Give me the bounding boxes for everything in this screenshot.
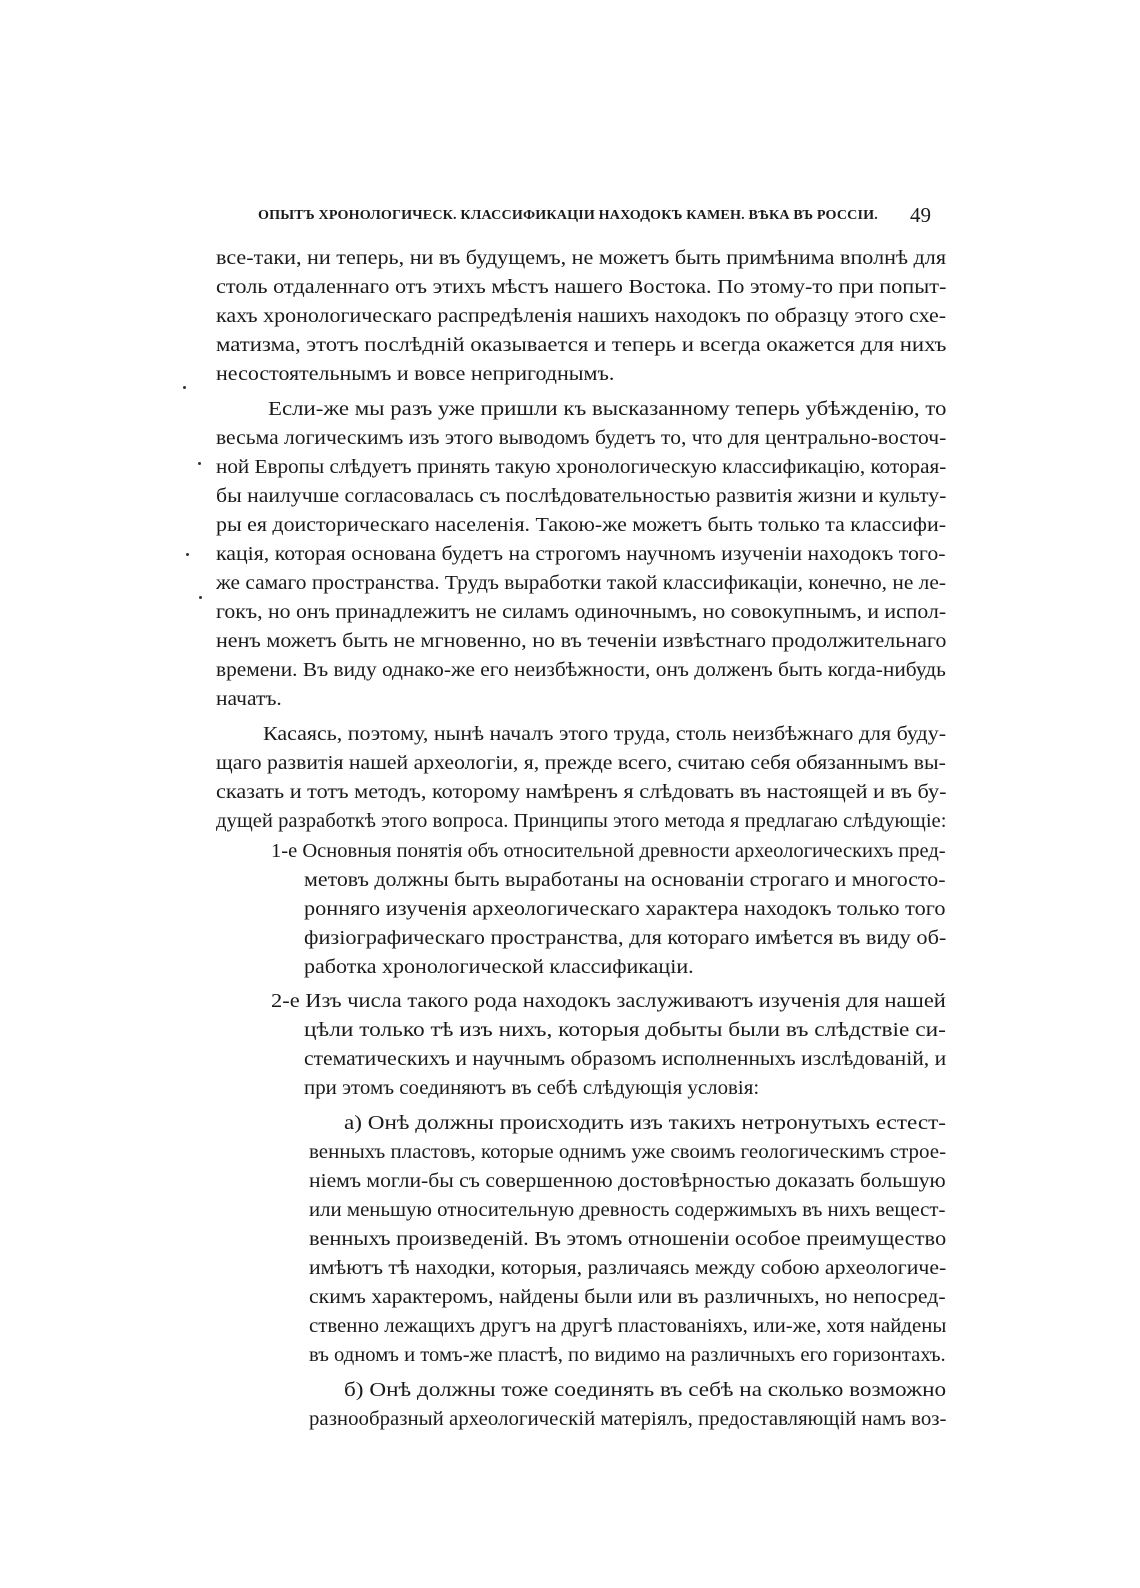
text-line: стематическихъ и научнымъ образомъ испол… xyxy=(304,1046,946,1073)
text-line: цѣли только тѣ изъ нихъ, которыя добыты … xyxy=(304,1017,946,1044)
text-line: Касаясь, поэтому, нынѣ началъ этого труд… xyxy=(263,721,946,748)
text-line: бы наилучше согласовалась съ послѣдовате… xyxy=(216,483,946,510)
text-line: весьма логическимъ изъ этого выводомъ бу… xyxy=(216,425,946,452)
text-line: ніемъ могли-бы съ совершенною достовѣрно… xyxy=(309,1168,946,1195)
text-line: дущей разработкѣ этого вопроса. Принципы… xyxy=(216,808,946,835)
text-line: столь отдаленнаго отъ этихъ мѣстъ нашего… xyxy=(216,274,946,301)
text-line: гокъ, но онъ принадлежитъ не силамъ один… xyxy=(216,599,946,626)
page-number: 49 xyxy=(910,203,931,228)
text-line: скимъ характеромъ, найдены были или въ р… xyxy=(309,1284,946,1311)
margin-mark xyxy=(198,462,201,465)
text-line: б) Онѣ должны тоже соединять въ себѣ на … xyxy=(344,1377,946,1404)
running-title: ОПЫТЪ ХРОНОЛОГИЧЕСК. КЛАССИФИКАЦІИ НАХОД… xyxy=(258,207,878,223)
text-line: Если-же мы разъ уже пришли къ высказанно… xyxy=(268,396,946,423)
text-line: времени. Въ виду однако-же его неизбѣжно… xyxy=(216,657,946,684)
text-line: несостоятельнымъ и вовсе непригоднымъ. xyxy=(216,361,614,388)
text-line: въ одномъ и томъ-же пластѣ, по видимо на… xyxy=(309,1342,946,1369)
text-line: или меньшую относительную древность соде… xyxy=(309,1197,945,1224)
text-line: физіографическаго пространства, для кото… xyxy=(304,925,946,952)
text-line: ственно лежащихъ другъ на другѣ пластова… xyxy=(309,1313,946,1340)
text-line: сказать и тотъ методъ, которому намѣренъ… xyxy=(216,779,946,806)
text-line: при этомъ соединяютъ въ себѣ слѣдующія у… xyxy=(304,1075,759,1102)
text-line: метовъ должны быть выработаны на основан… xyxy=(304,867,946,894)
text-line: кація, которая основана будетъ на строго… xyxy=(216,541,946,568)
text-line: же самаго пространства. Трудъ выработки … xyxy=(216,570,946,597)
text-line: матизма, этотъ послѣдній оказывается и т… xyxy=(216,332,946,359)
text-line: 1-е Основныя понятія объ относительной д… xyxy=(271,838,946,865)
text-line: ненъ можетъ быть не мгновенно, но въ теч… xyxy=(216,628,946,655)
text-line: щаго развитія нашей археологіи, я, прежд… xyxy=(216,750,946,777)
text-line: разнообразный археологическій матеріялъ,… xyxy=(309,1406,946,1433)
text-line: ры ея доисторическаго населенія. Такою-ж… xyxy=(216,512,946,539)
margin-mark xyxy=(186,553,189,556)
margin-mark xyxy=(183,386,186,389)
text-line: работка хронологической классификаціи. xyxy=(304,954,694,981)
text-line: ной Европы слѣдуетъ принять такую хронол… xyxy=(216,454,946,481)
margin-mark xyxy=(199,596,202,599)
text-line: все-таки, ни теперь, ни въ будущемъ, не … xyxy=(216,245,946,272)
text-line: кахъ хронологическаго распредѣленія наши… xyxy=(216,303,946,330)
text-line: имѣютъ тѣ находки, которыя, различаясь м… xyxy=(309,1255,946,1282)
text-line: венныхъ пластовъ, которые однимъ уже сво… xyxy=(309,1139,946,1166)
text-line: венныхъ произведеній. Въ этомъ отношеніи… xyxy=(309,1226,946,1253)
document-page: ОПЫТЪ ХРОНОЛОГИЧЕСК. КЛАССИФИКАЦІИ НАХОД… xyxy=(0,0,1140,1588)
text-line: 2-е Изъ числа такого рода находокъ заслу… xyxy=(271,988,946,1015)
text-line: ронняго изученія археологическаго характ… xyxy=(304,896,946,923)
text-line: начатъ. xyxy=(216,686,282,713)
text-line: а) Онѣ должны происходить изъ такихъ нет… xyxy=(344,1110,946,1137)
running-head: ОПЫТЪ ХРОНОЛОГИЧЕСК. КЛАССИФИКАЦІИ НАХОД… xyxy=(258,203,958,233)
